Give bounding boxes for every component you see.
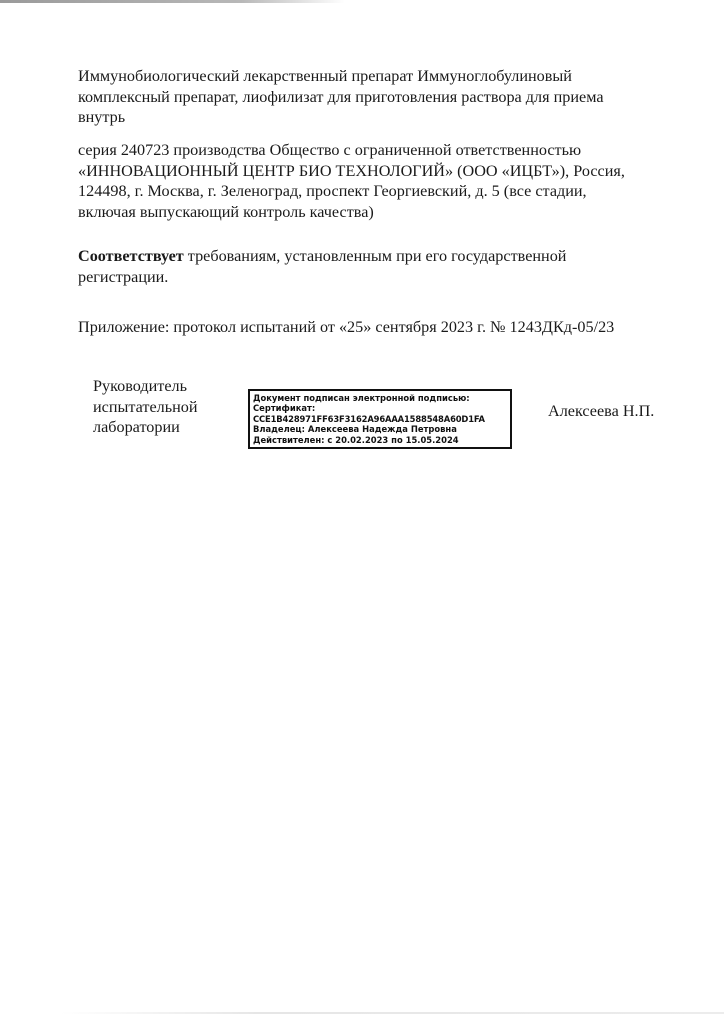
signer-title: Руководитель испытательной лаборатории	[93, 376, 198, 438]
esig-certificate-label: Сертификат:	[253, 403, 510, 413]
esig-owner: Владелец: Алексеева Надежда Петровна	[253, 424, 510, 434]
signer-title-line: Руководитель	[93, 376, 198, 397]
product-description: Иммунобиологический лекарственный препар…	[78, 66, 638, 128]
scan-edge-top	[0, 0, 345, 3]
signer-title-line: лаборатории	[93, 417, 198, 438]
signer-name: Алексеева Н.П.	[548, 401, 654, 421]
signer-title-line: испытательной	[93, 397, 198, 418]
esig-validity: Действителен: с 20.02.2023 по 15.05.2024	[253, 435, 510, 445]
conformity-verdict: Соответствует	[78, 247, 184, 265]
esig-header: Документ подписан электронной подписью:	[253, 393, 510, 403]
esig-certificate-value: CCE1B428971FF63F3162A96AAA1588548A60D1FA	[253, 414, 510, 424]
scan-edge-bottom	[60, 1012, 724, 1014]
annex-reference: Приложение: протокол испытаний от «25» с…	[78, 317, 658, 338]
series-manufacturer-info: серия 240723 производства Общество с огр…	[78, 140, 638, 222]
electronic-signature-stamp: Документ подписан электронной подписью: …	[248, 389, 512, 449]
conformity-statement: Соответствует требованиям, установленным…	[78, 246, 638, 287]
